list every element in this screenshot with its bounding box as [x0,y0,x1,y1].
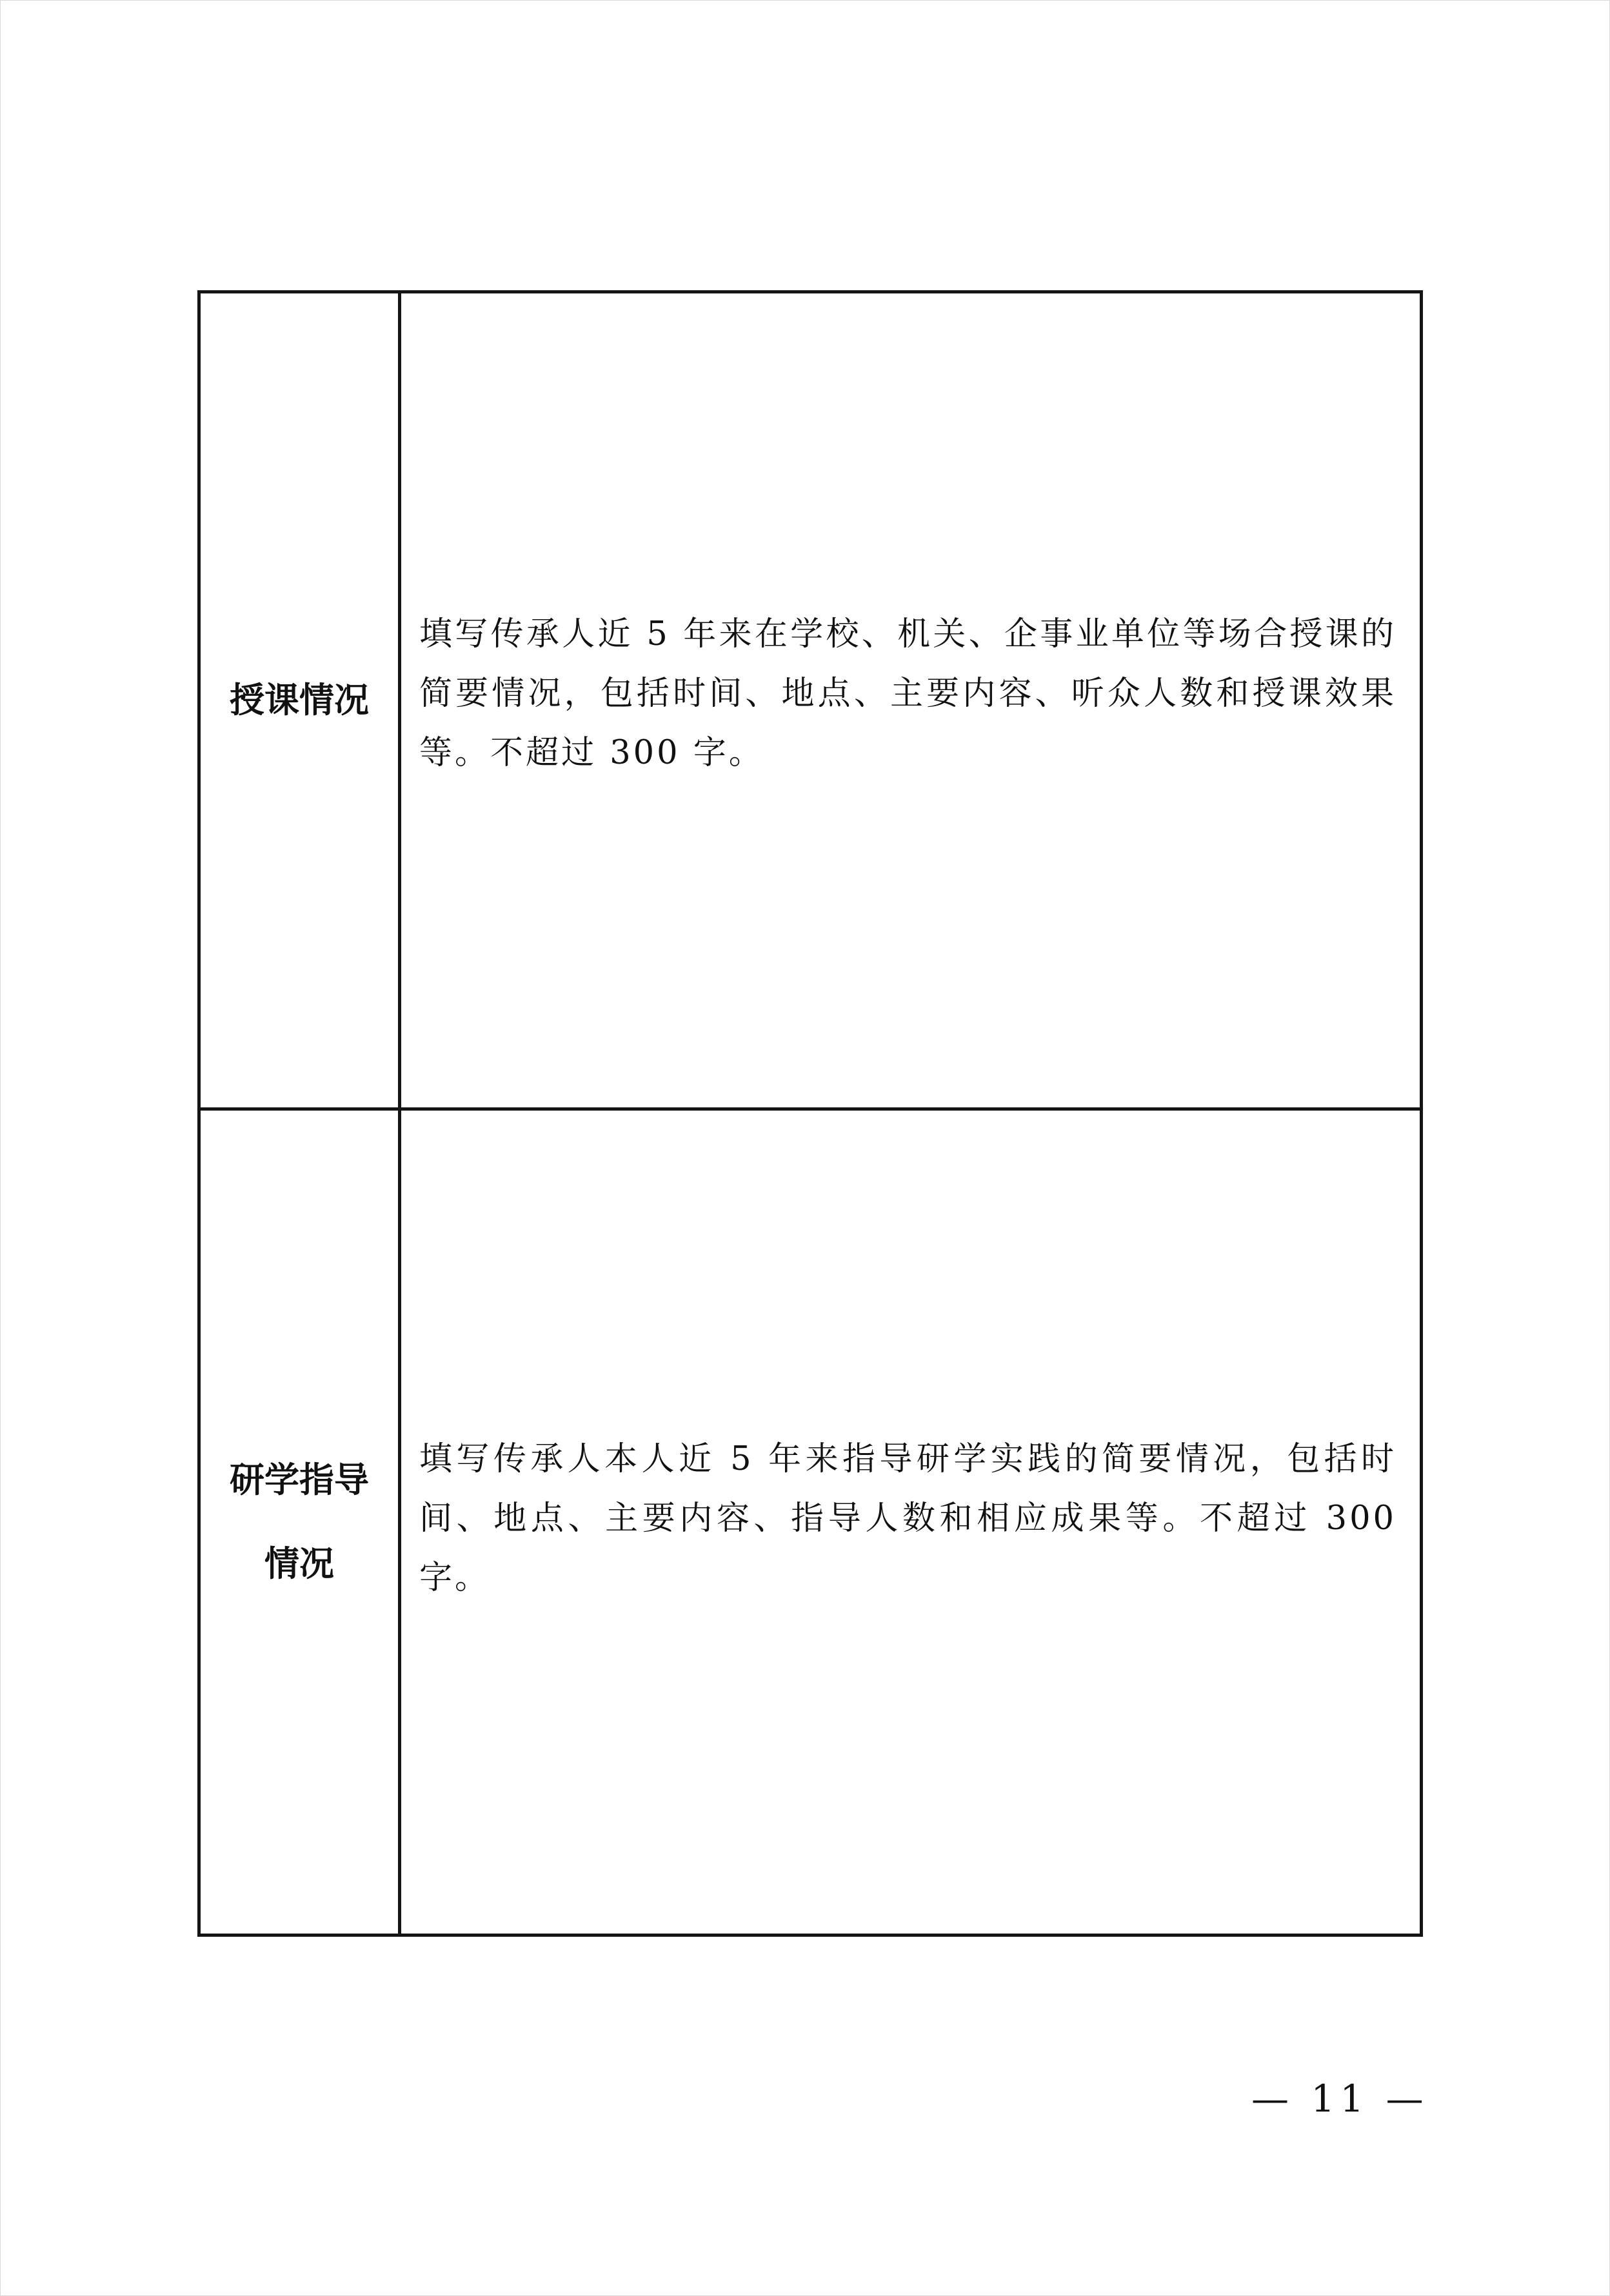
row-label: 授课情况 [201,658,398,742]
table-row-study-guidance: 研学指导 情况 填写传承人本人近 5 年来指导研学实践的简要情况，包括时间、地点… [199,1109,1422,1935]
table-row-teaching: 授课情况 填写传承人近 5 年来在学校、机关、企事业单位等场合授课的简要情况，包… [199,292,1422,1109]
label-cell-study-guidance: 研学指导 情况 [199,1109,400,1935]
page-number: — 11 — [1251,2077,1429,2121]
content-cell-teaching[interactable]: 填写传承人近 5 年来在学校、机关、企事业单位等场合授课的简要情况，包括时间、地… [400,292,1422,1109]
label-cell-teaching: 授课情况 [199,292,400,1109]
application-form-table: 授课情况 填写传承人近 5 年来在学校、机关、企事业单位等场合授课的简要情况，包… [197,290,1423,1937]
instruction-text: 填写传承人本人近 5 年来指导研学实践的简要情况，包括时间、地点、主要内容、指导… [419,1430,1396,1608]
instruction-text: 填写传承人近 5 年来在学校、机关、企事业单位等场合授课的简要情况，包括时间、地… [419,605,1396,783]
row-label-line-1: 研学指导 [201,1438,398,1522]
row-label-line-2: 情况 [201,1522,398,1606]
content-cell-study-guidance[interactable]: 填写传承人本人近 5 年来指导研学实践的简要情况，包括时间、地点、主要内容、指导… [400,1109,1422,1935]
